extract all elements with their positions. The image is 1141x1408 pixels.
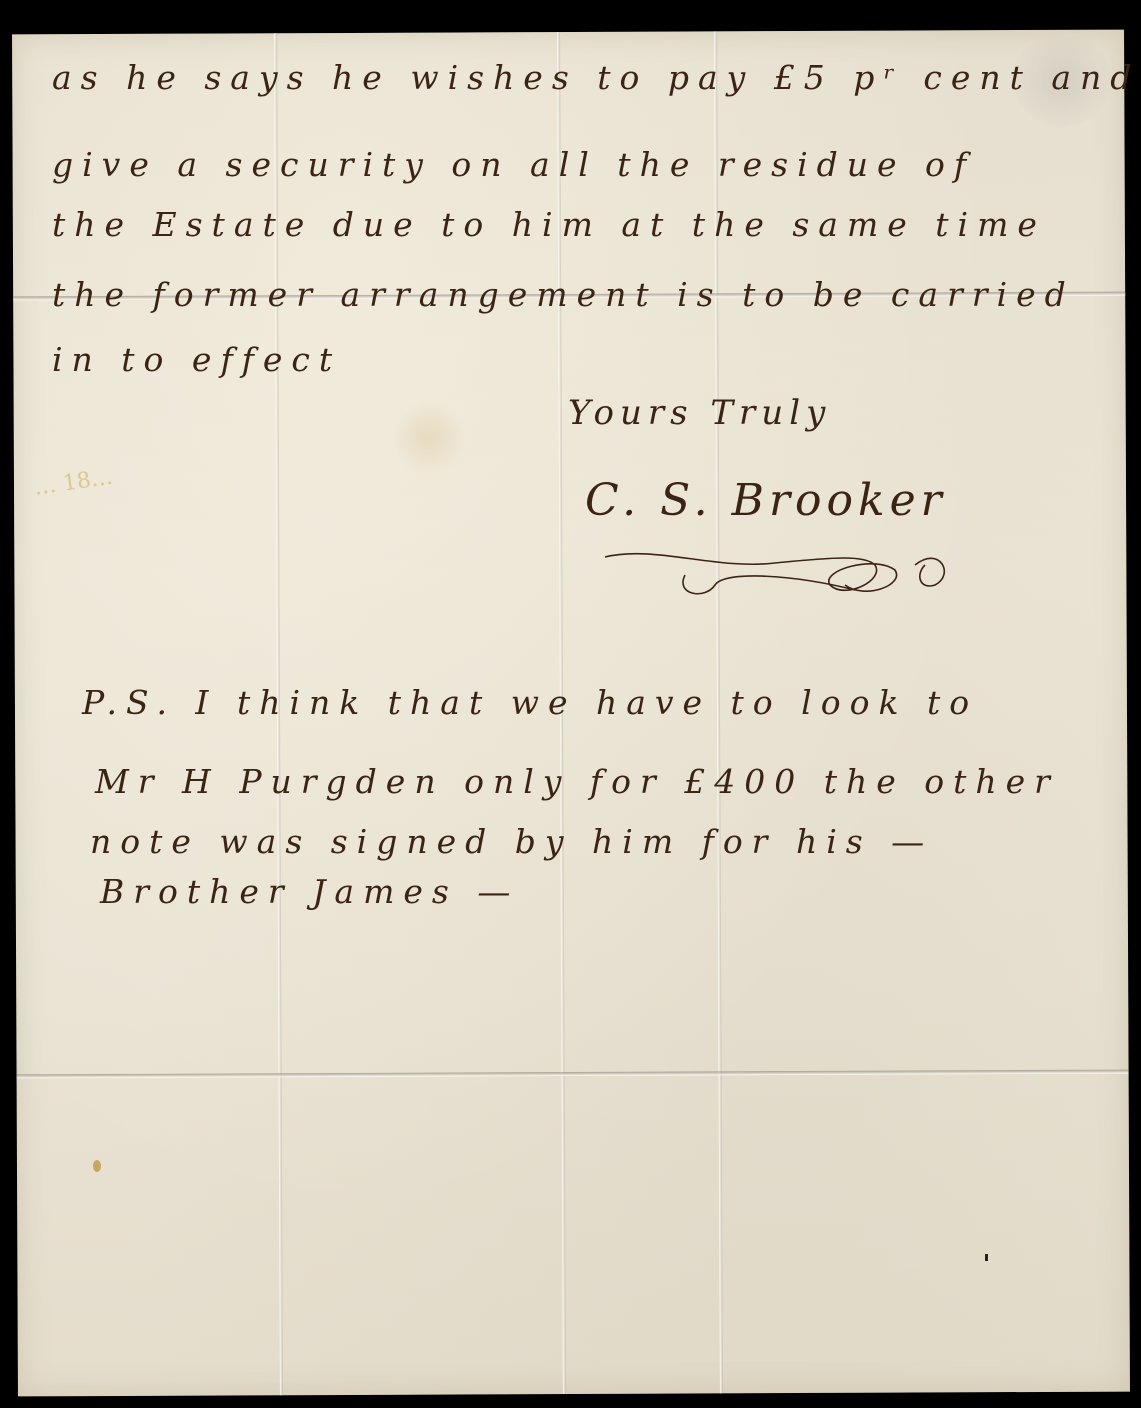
body-line-3: the Estate due to him at the same time (52, 205, 1046, 244)
postscript-line-3: note was signed by him for his — (90, 822, 933, 861)
postmark-stamp: … 18… (32, 458, 152, 621)
body-line-1: as he says he wishes to pay £5 pʳ cent a… (52, 58, 1140, 97)
ink-dot (985, 1254, 988, 1261)
postscript-line-2: Mr H Purgden only for £400 the other (95, 762, 1059, 801)
signature: C. S. Brooker (585, 475, 947, 526)
postscript-line-4: Brother James — (100, 872, 519, 911)
paper-stain (394, 397, 464, 477)
body-line-4: the former arrangement is to be carried (52, 275, 1075, 314)
fold-crease-horizontal (17, 1070, 1129, 1079)
body-line-2: give a security on all the residue of (52, 145, 975, 184)
body-line-5: in to effect (52, 340, 341, 379)
postscript-line-1: P.S. I think that we have to look to (82, 683, 978, 722)
closing-salutation: Yours Truly (568, 393, 831, 433)
paper-spot (93, 1160, 101, 1172)
signature-flourish-icon (595, 545, 975, 605)
